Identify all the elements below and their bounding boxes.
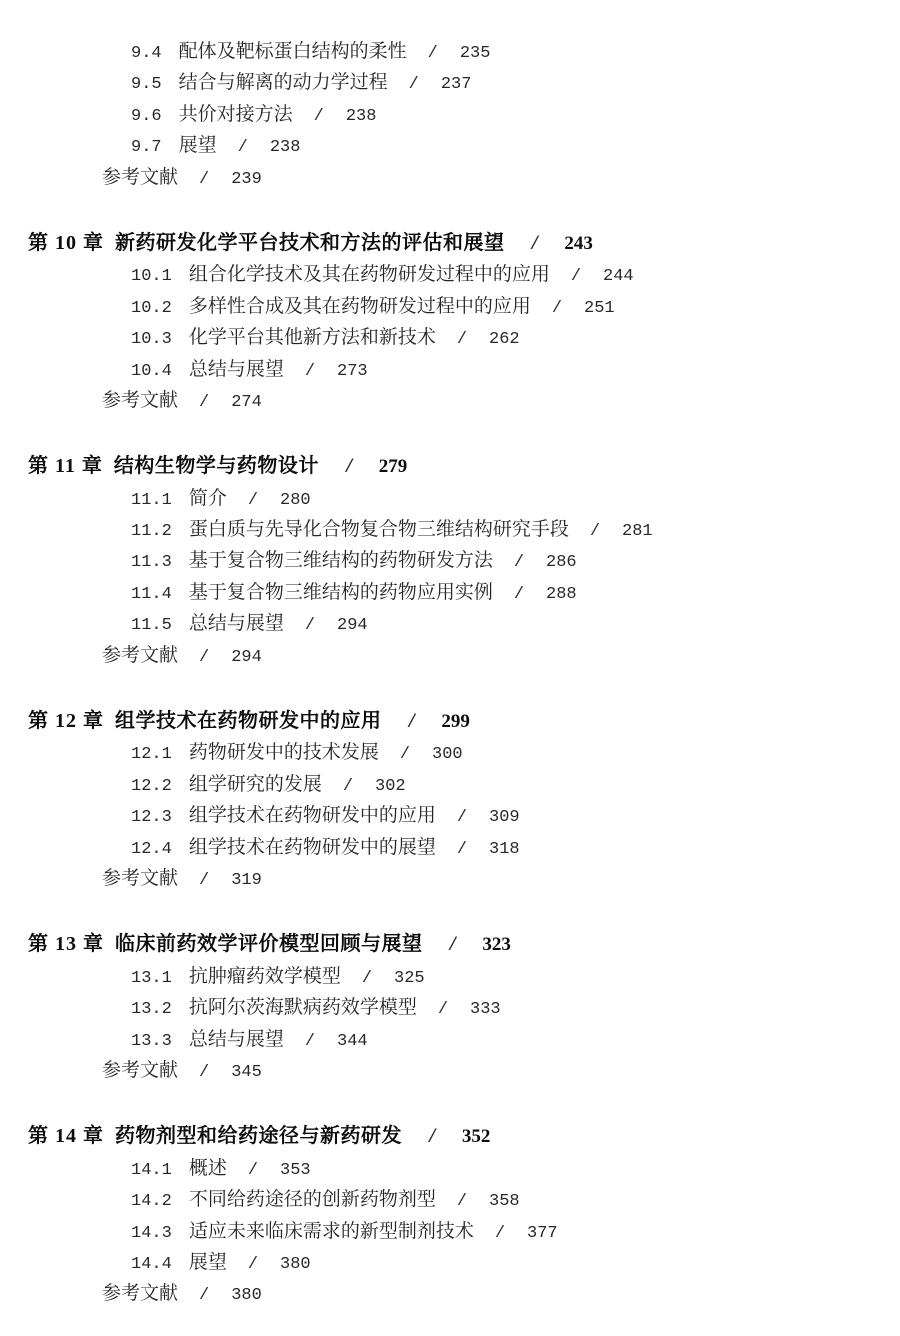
entry-title: 基于复合物三维结构的药物研发方法: [189, 550, 493, 571]
references-entry: 参考文献/239: [0, 162, 900, 193]
slash-separator: /: [457, 808, 467, 827]
chapter-heading: 第 13 章临床前药效学评价模型回顾与展望/323: [0, 929, 900, 960]
book-page: 9.4配体及靶标蛋白结构的柔性/2359.5结合与解离的动力学过程/2379.6…: [0, 0, 900, 1336]
slash-separator: /: [400, 745, 410, 764]
entry-page-number: 280: [280, 491, 311, 510]
entry-number: 9.7: [131, 138, 162, 157]
toc-entry: 12.1药物研发中的技术发展/300: [0, 737, 900, 768]
entry-page-number: 235: [460, 44, 491, 63]
entry-number: 12.1: [131, 745, 172, 764]
slash-separator: /: [407, 713, 418, 733]
references-entry: 参考文献/274: [0, 385, 900, 416]
references-label: 参考文献: [102, 868, 178, 889]
toc-entry: 9.6共价对接方法/238: [0, 99, 900, 130]
references-page-number: 274: [231, 393, 262, 412]
chapter-heading: 第 11 章结构生物学与药物设计/279: [0, 451, 900, 482]
references-page-number: 345: [231, 1063, 262, 1082]
slash-separator: /: [199, 871, 209, 890]
entry-title: 结合与解离的动力学过程: [179, 72, 388, 93]
chapter-block: 第 11 章结构生物学与药物设计/27911.1简介/28011.2蛋白质与先导…: [0, 451, 900, 671]
entry-page-number: 251: [584, 299, 615, 318]
entry-number: 10.1: [131, 267, 172, 286]
toc-entry: 10.1组合化学技术及其在药物研发过程中的应用/244: [0, 259, 900, 290]
entry-number: 11.5: [131, 616, 172, 635]
toc-entry: 9.4配体及靶标蛋白结构的柔性/235: [0, 36, 900, 67]
chapter-number-label: 第 14 章: [28, 1125, 104, 1147]
entry-page-number: 358: [489, 1192, 520, 1211]
entry-page-number: 344: [337, 1032, 368, 1051]
entry-number: 11.4: [131, 585, 172, 604]
chapter-number-label: 第 13 章: [28, 933, 104, 955]
toc-entry: 10.4总结与展望/273: [0, 354, 900, 385]
chapter-page-number: 352: [462, 1126, 491, 1147]
slash-separator: /: [457, 1192, 467, 1211]
slash-separator: /: [343, 777, 353, 796]
toc-entry: 14.2不同给药途径的创新药物剂型/358: [0, 1184, 900, 1215]
chapter-number-label: 第 10 章: [28, 232, 104, 254]
chapter-heading: 第 10 章新药研发化学平台技术和方法的评估和展望/243: [0, 228, 900, 259]
entry-title: 组学技术在药物研发中的应用: [189, 805, 436, 826]
entry-number: 14.3: [131, 1224, 172, 1243]
entry-page-number: 273: [337, 362, 368, 381]
entry-number: 11.1: [131, 491, 172, 510]
entry-title: 化学平台其他新方法和新技术: [189, 327, 436, 348]
chapter-block: 第 12 章组学技术在药物研发中的应用/29912.1药物研发中的技术发展/30…: [0, 706, 900, 894]
slash-separator: /: [438, 1000, 448, 1019]
toc-entry: 11.3基于复合物三维结构的药物研发方法/286: [0, 545, 900, 576]
table-of-contents: 9.4配体及靶标蛋白结构的柔性/2359.5结合与解离的动力学过程/2379.6…: [0, 0, 900, 1310]
slash-separator: /: [514, 553, 524, 572]
entry-title: 多样性合成及其在药物研发过程中的应用: [189, 296, 531, 317]
entry-title: 展望: [179, 135, 217, 156]
entry-number: 14.1: [131, 1161, 172, 1180]
toc-entry: 13.1抗肿瘤药效学模型/325: [0, 961, 900, 992]
entry-page-number: 333: [470, 1000, 501, 1019]
references-entry: 参考文献/294: [0, 640, 900, 671]
entry-number: 11.3: [131, 553, 172, 572]
chapter-title: 新药研发化学平台技术和方法的评估和展望: [115, 232, 505, 254]
entry-number: 10.2: [131, 299, 172, 318]
references-page-number: 319: [231, 871, 262, 890]
entry-title: 组学研究的发展: [189, 774, 322, 795]
entry-number: 9.6: [131, 107, 162, 126]
chapter-page-number: 323: [482, 934, 511, 955]
toc-entry: 11.2蛋白质与先导化合物复合物三维结构研究手段/281: [0, 514, 900, 545]
slash-separator: /: [428, 44, 438, 63]
entry-title: 总结与展望: [189, 359, 284, 380]
slash-separator: /: [495, 1224, 505, 1243]
entry-title: 简介: [189, 488, 227, 509]
entry-page-number: 238: [270, 138, 301, 157]
slash-separator: /: [199, 393, 209, 412]
chapter-page-number: 279: [379, 456, 408, 477]
toc-entry: 10.3化学平台其他新方法和新技术/262: [0, 322, 900, 353]
chapter-page-number: 299: [441, 711, 470, 732]
entry-number: 9.5: [131, 75, 162, 94]
entry-page-number: 377: [527, 1224, 558, 1243]
toc-entry: 9.5结合与解离的动力学过程/237: [0, 67, 900, 98]
references-entry: 参考文献/319: [0, 863, 900, 894]
entry-title: 总结与展望: [189, 1029, 284, 1050]
entry-number: 11.2: [131, 522, 172, 541]
slash-separator: /: [457, 840, 467, 859]
entry-title: 总结与展望: [189, 613, 284, 634]
entry-title: 适应未来临床需求的新型制剂技术: [189, 1221, 474, 1242]
entry-title: 概述: [189, 1158, 227, 1179]
references-entry: 参考文献/380: [0, 1278, 900, 1309]
slash-separator: /: [305, 1032, 315, 1051]
entry-number: 13.1: [131, 969, 172, 988]
toc-entry: 11.4基于复合物三维结构的药物应用实例/288: [0, 577, 900, 608]
entry-number: 13.3: [131, 1032, 172, 1051]
entry-page-number: 238: [346, 107, 377, 126]
entry-title: 蛋白质与先导化合物复合物三维结构研究手段: [189, 519, 569, 540]
entry-title: 抗肿瘤药效学模型: [189, 966, 341, 987]
entry-page-number: 325: [394, 969, 425, 988]
entry-title: 配体及靶标蛋白结构的柔性: [179, 41, 407, 62]
toc-entry: 13.2抗阿尔茨海默病药效学模型/333: [0, 992, 900, 1023]
references-label: 参考文献: [102, 1060, 178, 1081]
chapter-block: 第 10 章新药研发化学平台技术和方法的评估和展望/24310.1组合化学技术及…: [0, 228, 900, 416]
chapter-number-label: 第 11 章: [28, 455, 103, 477]
references-label: 参考文献: [102, 645, 178, 666]
entry-title: 抗阿尔茨海默病药效学模型: [189, 997, 417, 1018]
toc-entry: 12.2组学研究的发展/302: [0, 769, 900, 800]
entry-title: 不同给药途径的创新药物剂型: [189, 1189, 436, 1210]
slash-separator: /: [590, 522, 600, 541]
toc-entry: 11.1简介/280: [0, 483, 900, 514]
entry-title: 基于复合物三维结构的药物应用实例: [189, 582, 493, 603]
chapter-title: 结构生物学与药物设计: [114, 455, 319, 477]
chapter-heading: 第 14 章药物剂型和给药途径与新药研发/352: [0, 1121, 900, 1152]
entry-title: 共价对接方法: [179, 104, 293, 125]
entry-title: 展望: [189, 1252, 227, 1273]
toc-entry: 12.4组学技术在药物研发中的展望/318: [0, 832, 900, 863]
entry-number: 14.2: [131, 1192, 172, 1211]
slash-separator: /: [248, 1161, 258, 1180]
references-page-number: 380: [231, 1286, 262, 1305]
slash-separator: /: [514, 585, 524, 604]
slash-separator: /: [344, 458, 355, 478]
entry-page-number: 318: [489, 840, 520, 859]
references-page-number: 239: [231, 170, 262, 189]
references-label: 参考文献: [102, 390, 178, 411]
slash-separator: /: [427, 1128, 438, 1148]
entry-number: 9.4: [131, 44, 162, 63]
slash-separator: /: [238, 138, 248, 157]
references-entry: 参考文献/345: [0, 1055, 900, 1086]
chapter-title: 临床前药效学评价模型回顾与展望: [115, 933, 423, 955]
chapter-block: 9.4配体及靶标蛋白结构的柔性/2359.5结合与解离的动力学过程/2379.6…: [0, 36, 900, 193]
entry-page-number: 237: [441, 75, 472, 94]
slash-separator: /: [199, 1286, 209, 1305]
slash-separator: /: [530, 235, 541, 255]
chapter-heading: 第 12 章组学技术在药物研发中的应用/299: [0, 706, 900, 737]
references-label: 参考文献: [102, 167, 178, 188]
entry-page-number: 244: [603, 267, 634, 286]
chapter-block: 第 14 章药物剂型和给药途径与新药研发/35214.1概述/35314.2不同…: [0, 1121, 900, 1309]
slash-separator: /: [457, 330, 467, 349]
toc-entry: 14.1概述/353: [0, 1153, 900, 1184]
chapter-block: 第 13 章临床前药效学评价模型回顾与展望/32313.1抗肿瘤药效学模型/32…: [0, 929, 900, 1086]
entry-number: 12.2: [131, 777, 172, 796]
slash-separator: /: [305, 362, 315, 381]
entry-number: 13.2: [131, 1000, 172, 1019]
entry-page-number: 302: [375, 777, 406, 796]
entry-page-number: 262: [489, 330, 520, 349]
chapter-title: 组学技术在药物研发中的应用: [115, 710, 382, 732]
entry-number: 12.4: [131, 840, 172, 859]
entry-number: 14.4: [131, 1255, 172, 1274]
entry-title: 组学技术在药物研发中的展望: [189, 837, 436, 858]
references-page-number: 294: [231, 648, 262, 667]
slash-separator: /: [199, 1063, 209, 1082]
chapter-title: 药物剂型和给药途径与新药研发: [115, 1125, 402, 1147]
slash-separator: /: [409, 75, 419, 94]
slash-separator: /: [362, 969, 372, 988]
slash-separator: /: [305, 616, 315, 635]
references-label: 参考文献: [102, 1283, 178, 1304]
toc-entry: 9.7展望/238: [0, 130, 900, 161]
entry-page-number: 353: [280, 1161, 311, 1180]
slash-separator: /: [314, 107, 324, 126]
entry-number: 10.4: [131, 362, 172, 381]
slash-separator: /: [199, 648, 209, 667]
entry-page-number: 309: [489, 808, 520, 827]
entry-page-number: 294: [337, 616, 368, 635]
toc-entry: 11.5总结与展望/294: [0, 608, 900, 639]
slash-separator: /: [248, 491, 258, 510]
entry-page-number: 300: [432, 745, 463, 764]
toc-entry: 10.2多样性合成及其在药物研发过程中的应用/251: [0, 291, 900, 322]
slash-separator: /: [571, 267, 581, 286]
entry-page-number: 286: [546, 553, 577, 572]
entry-title: 药物研发中的技术发展: [189, 742, 379, 763]
slash-separator: /: [248, 1255, 258, 1274]
entry-page-number: 288: [546, 585, 577, 604]
entry-number: 12.3: [131, 808, 172, 827]
toc-entry: 14.4展望/380: [0, 1247, 900, 1278]
toc-entry: 12.3组学技术在药物研发中的应用/309: [0, 800, 900, 831]
chapter-page-number: 243: [564, 233, 593, 254]
entry-page-number: 380: [280, 1255, 311, 1274]
chapter-number-label: 第 12 章: [28, 710, 104, 732]
slash-separator: /: [448, 936, 459, 956]
toc-entry: 14.3适应未来临床需求的新型制剂技术/377: [0, 1216, 900, 1247]
toc-entry: 13.3总结与展望/344: [0, 1024, 900, 1055]
slash-separator: /: [199, 170, 209, 189]
entry-title: 组合化学技术及其在药物研发过程中的应用: [189, 264, 550, 285]
entry-number: 10.3: [131, 330, 172, 349]
entry-page-number: 281: [622, 522, 653, 541]
slash-separator: /: [552, 299, 562, 318]
